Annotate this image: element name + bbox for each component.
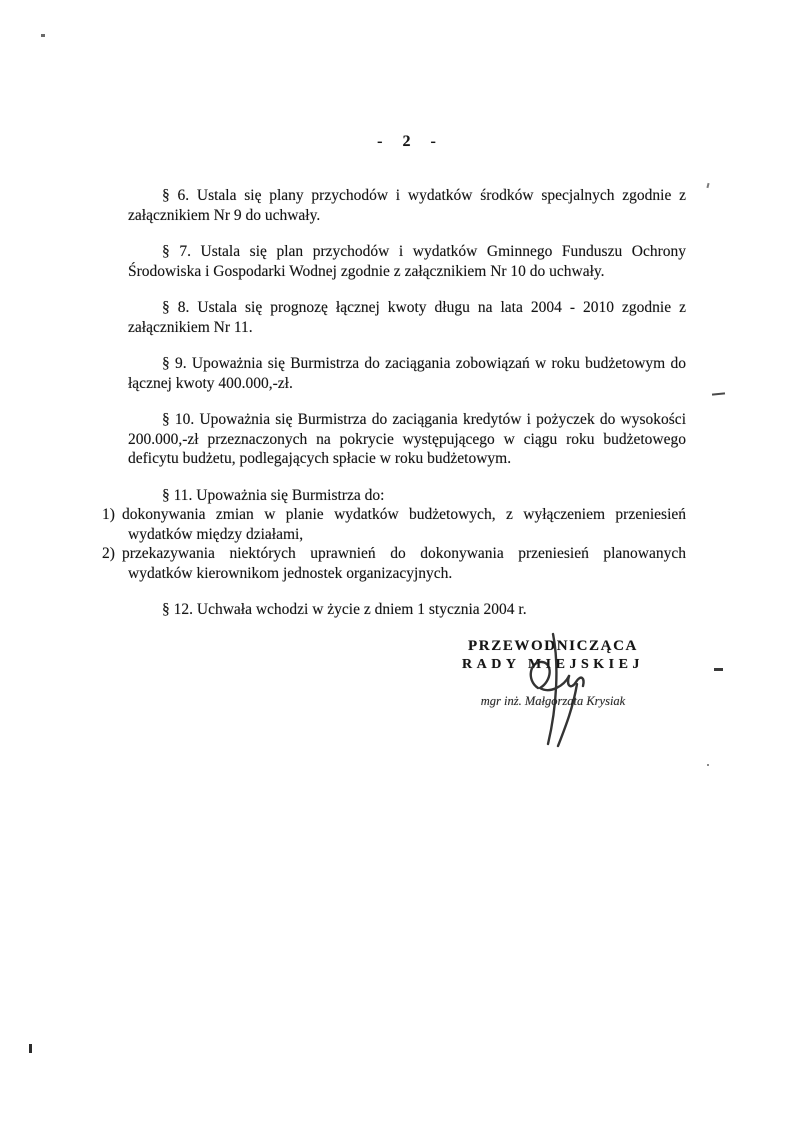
scan-artifact-dash [712, 392, 725, 395]
paragraph-section-11-heading: § 11. Upoważnia się Burmistrza do: [128, 486, 686, 506]
paragraph-section-9: § 9. Upoważnia się Burmistrza do zaciąga… [128, 354, 686, 393]
list-item-2-number: 2) [102, 544, 122, 564]
scanned-document-page: - 2 - § 6. Ustala się plany przychodów i… [0, 0, 807, 1140]
signature-title-line2: RADY MIEJSKIEJ [458, 657, 648, 673]
paragraph-section-6: § 6. Ustala się plany przychodów i wydat… [128, 186, 686, 225]
section-11-list: 1)dokonywania zmian w planie wydatków bu… [128, 505, 686, 583]
signature-name: mgr inż. Małgorzata Krysiak [458, 694, 648, 709]
scan-artifact-mark [29, 1044, 32, 1053]
list-item-1-number: 1) [102, 505, 122, 525]
paragraph-section-7: § 7. Ustala się plan przychodów i wydatk… [128, 242, 686, 281]
list-item-2: 2)przekazywania niektórych uprawnień do … [102, 544, 686, 583]
scan-artifact-speck [41, 34, 45, 37]
signature-block: PRZEWODNICZĄCA RADY MIEJSKIEJ mgr inż. M… [458, 638, 648, 709]
list-item-1: 1)dokonywania zmian w planie wydatków bu… [102, 505, 686, 544]
list-item-2-text: przekazywania niektórych uprawnień do do… [122, 545, 686, 582]
signature-title-line1: PRZEWODNICZĄCA [458, 638, 648, 655]
scan-artifact-speck [706, 183, 709, 188]
paragraph-section-12: § 12. Uchwała wchodzi w życie z dniem 1 … [128, 600, 686, 620]
paragraph-section-8: § 8. Ustala się prognozę łącznej kwoty d… [128, 298, 686, 337]
scan-artifact-speck [707, 764, 709, 766]
list-item-1-text: dokonywania zmian w planie wydatków budż… [122, 506, 686, 543]
paragraph-section-10: § 10. Upoważnia się Burmistrza do zaciąg… [128, 410, 686, 469]
scan-artifact-dash [714, 668, 723, 671]
document-body: § 6. Ustala się plany przychodów i wydat… [128, 186, 686, 620]
page-number: - 2 - [128, 133, 686, 151]
